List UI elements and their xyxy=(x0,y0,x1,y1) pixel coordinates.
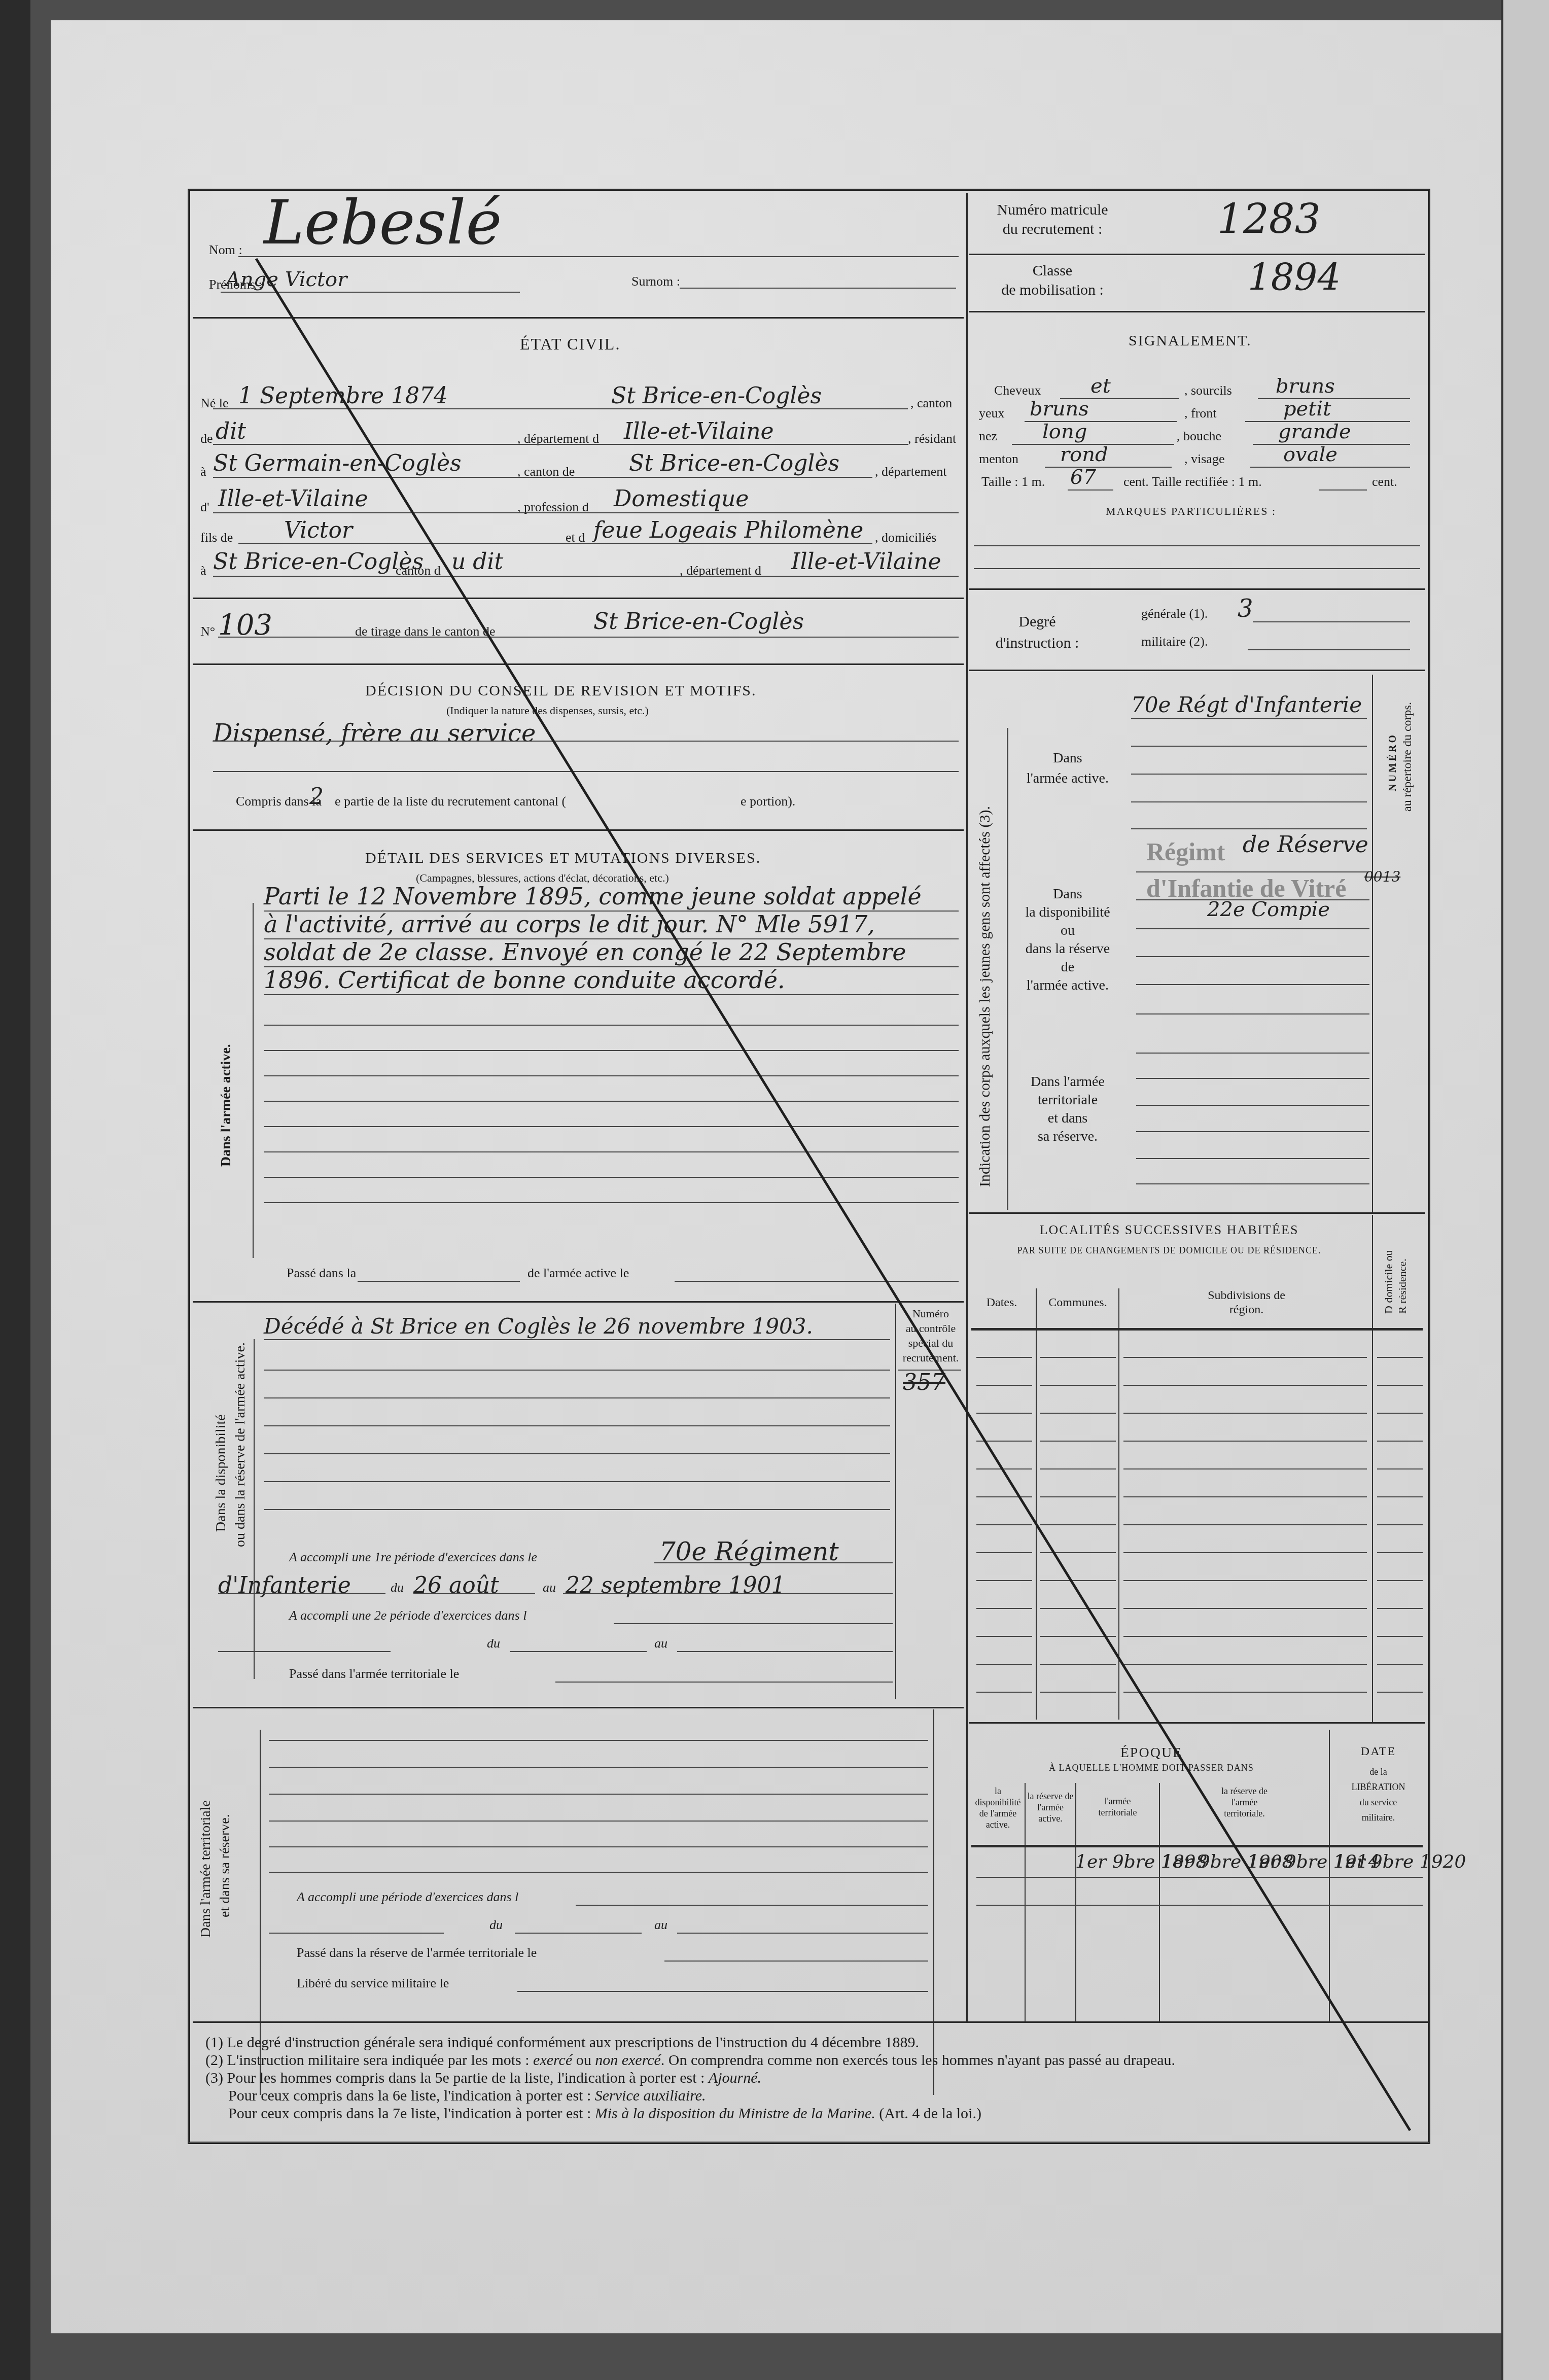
birth-date-value: 1 Septembre 1874 xyxy=(238,383,448,409)
field-line xyxy=(974,545,1420,546)
residant-a-label: à xyxy=(200,464,206,479)
localites-title: LOCALITÉS SUCCESSIVES HABITÉES xyxy=(969,1222,1369,1238)
field-line xyxy=(264,1370,890,1371)
field-line xyxy=(1068,489,1113,491)
localites-row-line xyxy=(1377,1580,1423,1581)
field-line xyxy=(1045,467,1172,468)
field-line xyxy=(1131,774,1367,775)
field-line xyxy=(1131,801,1367,802)
corps-territoriale-label-4: sa réserve. xyxy=(1012,1128,1123,1146)
field-line xyxy=(269,1767,928,1768)
divider xyxy=(193,598,964,599)
header-rule xyxy=(971,1328,1423,1331)
generale-label: générale (1). xyxy=(1141,606,1208,621)
field-line xyxy=(264,966,959,967)
corps-active-label-2: l'armée active. xyxy=(1017,768,1118,789)
localites-row-line xyxy=(1377,1552,1423,1553)
field-line xyxy=(654,1562,893,1563)
column-divider xyxy=(1036,1288,1037,1720)
domicile-a-label: à xyxy=(200,563,206,578)
localites-row-line xyxy=(976,1552,1032,1553)
cheveux-label: Cheveux xyxy=(994,383,1041,398)
deces-value: Décédé à St Brice en Coglès le 26 novemb… xyxy=(264,1314,813,1339)
prenoms-value: Ange Victor xyxy=(226,268,347,291)
field-line xyxy=(264,1050,959,1051)
note-1-mark: (1) xyxy=(205,2034,223,2051)
departement-label-2: , département xyxy=(875,464,947,479)
militaire-label: militaire (2). xyxy=(1141,634,1208,649)
localites-row-line xyxy=(976,1524,1032,1525)
localites-row-line xyxy=(1377,1413,1423,1414)
domicile-label: D domicile ou xyxy=(1382,1250,1395,1314)
corps-dispo-hand-2: 22e Compie xyxy=(1207,898,1330,921)
field-line xyxy=(1136,1013,1369,1014)
dispo-side-label-2: ou dans la réserve de l'armée active. xyxy=(232,1342,249,1547)
epoque-col-reserve-active: la réserve de l'armée active. xyxy=(1026,1791,1075,1824)
matricule-label: Numéro matricule du recrutement : xyxy=(979,200,1126,239)
bouche-label: , bouche xyxy=(1177,429,1221,444)
classe-label: Classe de mobilisation : xyxy=(979,261,1126,300)
nez-label: nez xyxy=(979,429,997,444)
localites-row-line xyxy=(1123,1692,1367,1693)
epoque-subtitle: À LAQUELLE L'HOMME DOIT PASSER DANS xyxy=(969,1763,1334,1773)
scan-margin-left xyxy=(0,0,30,2380)
canton-label: , canton xyxy=(910,396,952,411)
divider xyxy=(969,254,1425,255)
localites-row-line xyxy=(1123,1524,1367,1525)
services-side-label: Dans l'armée active. xyxy=(218,1044,234,1167)
note-2-exerce: exercé xyxy=(533,2052,572,2069)
field-line xyxy=(976,1905,1423,1906)
generale-value: 3 xyxy=(1238,594,1253,623)
note-2-rest: . On comprendra comme non exercés tous l… xyxy=(661,2052,1175,2069)
corps-active-label-1: Dans xyxy=(1017,748,1118,768)
partie-value: 2 xyxy=(309,784,324,810)
numero-controle-label-2: au contrôle xyxy=(898,1321,964,1336)
divider xyxy=(969,1722,1425,1724)
field-line xyxy=(213,741,959,742)
portion-suffix: e portion). xyxy=(741,794,795,809)
note-3-text: Pour les hommes compris dans la 5e parti… xyxy=(227,2070,708,2086)
note-2-ou: ou xyxy=(572,2052,595,2069)
localites-row-line xyxy=(1123,1580,1367,1581)
field-line xyxy=(264,938,959,939)
dispo-side-label-1: Dans la disponibilité xyxy=(213,1414,229,1532)
corps-dispo-label-5: de xyxy=(1012,958,1123,976)
localites-row-line xyxy=(1377,1496,1423,1497)
field-line xyxy=(218,1651,391,1652)
visage-value: ovale xyxy=(1283,443,1337,466)
parents-canton-value: u dit xyxy=(451,549,503,575)
liberation-value: 1er 9bre 1920 xyxy=(1334,1851,1466,1872)
nom-label: Nom : xyxy=(209,242,242,258)
periode1-corps-2-value: d'Infanterie xyxy=(218,1572,351,1598)
departement-residence-value: Ille-et-Vilaine xyxy=(218,486,368,512)
field-line xyxy=(264,1126,959,1127)
field-line xyxy=(555,1682,893,1683)
localites-row-line xyxy=(1377,1524,1423,1525)
field-line xyxy=(269,1933,444,1934)
numero-controle-label: Numéro au contrôle spécial du recrutemen… xyxy=(898,1306,964,1365)
localites-row-line xyxy=(1377,1608,1423,1609)
prenoms-line xyxy=(221,292,520,293)
numero-controle-label-4: recrutement. xyxy=(898,1350,964,1365)
field-line xyxy=(1131,718,1367,719)
localites-row-line xyxy=(1377,1468,1423,1469)
field-line xyxy=(269,1872,928,1873)
field-line xyxy=(264,1151,959,1152)
field-line xyxy=(413,1593,535,1594)
decision-subtitle: (Indiquer la nature des dispenses, sursi… xyxy=(446,704,649,717)
periode2-label: A accompli une 2e période d'exercices da… xyxy=(289,1608,526,1623)
corps-territoriale-label: Dans l'armée territoriale et dans sa rés… xyxy=(1012,1073,1123,1146)
bracket-line xyxy=(1007,728,1008,1210)
field-line xyxy=(264,1025,959,1026)
localites-row-line xyxy=(1040,1692,1116,1693)
etat-civil-title: ÉTAT CIVIL. xyxy=(520,335,620,354)
taille-suffix: cent. Taille rectifiée : 1 m. xyxy=(1123,474,1262,489)
numero-repertoire-label-2: au répertoire du corps. xyxy=(1401,702,1415,812)
liberation-label: de la LIBÉRATION du service militaire. xyxy=(1331,1764,1425,1825)
services-line-1: Parti le 12 Novembre 1895, comme jeune s… xyxy=(264,883,922,910)
localites-row-line xyxy=(1377,1692,1423,1693)
field-line xyxy=(677,1651,893,1652)
localites-row-line xyxy=(1040,1580,1116,1581)
liberation-label-4: militaire. xyxy=(1331,1810,1425,1825)
corps-active-value: 70e Régt d'Infanterie xyxy=(1131,692,1362,717)
localites-row-line xyxy=(1123,1385,1367,1386)
epoque-col-disponibilite: la disponibilité de l'armée active. xyxy=(971,1786,1025,1830)
header-rule xyxy=(971,1845,1423,1847)
localites-subtitle: PAR SUITE DE CHANGEMENTS DE DOMICILE OU … xyxy=(969,1245,1369,1256)
du-label: du xyxy=(391,1580,404,1595)
corps-dispo-label-6: l'armée active. xyxy=(1012,976,1123,995)
localites-row-line xyxy=(1040,1357,1116,1358)
localites-row-line xyxy=(976,1413,1032,1414)
numero-controle-value: 357 xyxy=(903,1370,945,1395)
visage-label: , visage xyxy=(1184,451,1224,467)
localites-row-line xyxy=(1123,1441,1367,1442)
corps-territoriale-label-1: Dans l'armée xyxy=(1012,1073,1123,1091)
services-line-4: 1896. Certificat de bonne conduite accor… xyxy=(264,966,785,994)
note-5-marine: Mis à la disposition du Ministre de la M… xyxy=(595,2105,875,2122)
classe-value: 1894 xyxy=(1248,256,1341,299)
field-line xyxy=(213,512,959,513)
compris-label: Compris dans la xyxy=(236,794,322,809)
numero-controle-label-3: spécial du xyxy=(898,1336,964,1350)
corps-side-label: Indication des corps auxquels les jeunes… xyxy=(976,806,994,1187)
au-label: au xyxy=(543,1580,556,1595)
localites-row-line xyxy=(1123,1468,1367,1469)
field-line xyxy=(264,1397,890,1398)
note-4-service-auxiliaire: Service auxiliaire. xyxy=(595,2087,706,2104)
field-line xyxy=(1136,871,1369,872)
field-line xyxy=(1136,1105,1369,1106)
localites-row-line xyxy=(1377,1664,1423,1665)
services-title: DÉTAIL DES SERVICES ET MUTATIONS DIVERSE… xyxy=(365,850,761,867)
note-4-text: Pour ceux compris dans la 6e liste, l'in… xyxy=(228,2087,595,2104)
localites-row-line xyxy=(1040,1413,1116,1414)
corps-active-label: Dans l'armée active. xyxy=(1017,748,1118,789)
cent-label: cent. xyxy=(1372,474,1397,489)
nom-value: Lebeslé xyxy=(264,188,502,258)
localites-row-line xyxy=(1123,1496,1367,1497)
matricule-label-1: Numéro matricule xyxy=(979,200,1126,220)
localites-row-line xyxy=(1040,1636,1116,1637)
localites-row-line xyxy=(976,1441,1032,1442)
column-divider xyxy=(1075,1783,1076,2021)
localites-row-line xyxy=(976,1664,1032,1665)
note-1: (1) Le degré d'instruction générale sera… xyxy=(205,2034,919,2051)
note-1-text: Le degré d'instruction générale sera ind… xyxy=(227,2034,919,2051)
periode1-du-value: 26 août xyxy=(413,1572,499,1598)
localites-row-line xyxy=(1040,1496,1116,1497)
bracket-line xyxy=(254,1339,255,1679)
territoriale-periode-label: A accompli une période d'exercices dans … xyxy=(297,1889,518,1905)
matricule-label-2: du recrutement : xyxy=(979,220,1126,239)
field-line xyxy=(664,1961,928,1962)
fils-de-label: fils de xyxy=(200,530,233,545)
field-line xyxy=(269,1846,928,1847)
field-line xyxy=(1136,1183,1369,1184)
note-2-mark: (2) xyxy=(205,2052,223,2069)
nom-line xyxy=(238,256,959,257)
field-line xyxy=(213,576,959,577)
corps-territoriale-label-2: territoriale xyxy=(1012,1091,1123,1109)
field-line xyxy=(1248,649,1410,650)
field-line xyxy=(563,1593,893,1594)
father-value: Victor xyxy=(284,517,353,543)
residant-label: , résidant xyxy=(908,431,956,446)
taille-label: Taille : 1 m. xyxy=(981,474,1045,489)
localites-col-dates: Dates. xyxy=(969,1296,1035,1310)
field-line xyxy=(213,477,872,478)
d-label: d' xyxy=(200,500,209,515)
corps-territoriale-label-3: et dans xyxy=(1012,1109,1123,1128)
periode1-au-value: 22 septembre 1901 xyxy=(566,1572,785,1598)
field-line xyxy=(264,1177,959,1178)
territoriale-side-label-1: Dans l'armée territoriale xyxy=(198,1800,214,1938)
field-line xyxy=(517,1991,928,1992)
localites-row-line xyxy=(1123,1552,1367,1553)
epoque-title: ÉPOQUE xyxy=(969,1745,1334,1761)
localites-row-line xyxy=(976,1385,1032,1386)
field-line xyxy=(675,1281,959,1282)
field-line xyxy=(264,1425,890,1426)
field-line xyxy=(218,637,959,638)
periode1-label: A accompli une 1re période d'exercices d… xyxy=(289,1550,537,1565)
epoque-col-reserve-territoriale: la réserve de l'armée territoriale. xyxy=(1160,1786,1329,1819)
field-line xyxy=(1250,467,1410,468)
liberation-label-1: de la xyxy=(1331,1764,1425,1779)
departement-value: Ille-et-Vilaine xyxy=(624,418,774,444)
localites-row-line xyxy=(1377,1636,1423,1637)
nez-value: long xyxy=(1042,420,1087,443)
field-line xyxy=(1136,1131,1369,1132)
tirage-canton-value: St Brice-en-Coglès xyxy=(593,609,804,635)
bracket-line xyxy=(253,903,254,1258)
next-page-edge xyxy=(1501,0,1549,2380)
passe-suffix: de l'armée active le xyxy=(527,1266,629,1281)
matricule-value: 1283 xyxy=(1217,195,1321,242)
corps-dispo-hand-1: de Réserve xyxy=(1243,832,1368,858)
field-line xyxy=(1136,1158,1369,1159)
territoriale-au-label: au xyxy=(654,1917,667,1933)
field-line xyxy=(269,1794,928,1795)
field-line xyxy=(238,543,872,544)
passe-label: Passé dans la xyxy=(287,1266,356,1281)
localites-row-line xyxy=(1040,1664,1116,1665)
localites-row-line xyxy=(1123,1357,1367,1358)
yeux-value: bruns xyxy=(1030,397,1089,421)
field-line xyxy=(1258,398,1410,399)
instruction-label-1: Degré xyxy=(981,611,1093,633)
field-line xyxy=(213,444,908,445)
corps-dispo-label-2: la disponibilité xyxy=(1012,903,1123,922)
field-line xyxy=(1136,956,1369,957)
menton-label: menton xyxy=(979,451,1018,467)
field-line xyxy=(213,408,908,409)
residence-label: R résidence. xyxy=(1396,1258,1409,1314)
localites-row-line xyxy=(1040,1524,1116,1525)
localites-row-line xyxy=(1123,1608,1367,1609)
divider xyxy=(193,2021,1430,2023)
column-divider xyxy=(966,1212,968,2021)
sourcils-label: , sourcils xyxy=(1184,383,1232,398)
yeux-label: yeux xyxy=(979,406,1005,421)
field-line xyxy=(264,1101,959,1102)
surnom-line xyxy=(680,288,956,289)
signalement-title: SIGNALEMENT. xyxy=(1129,332,1252,349)
field-line xyxy=(264,1481,890,1482)
canton-residence-value: St Brice-en-Coglès xyxy=(629,450,839,476)
field-line xyxy=(269,1821,928,1822)
field-line xyxy=(358,1281,520,1282)
field-line xyxy=(1319,489,1367,491)
note-4: Pour ceux compris dans la 6e liste, l'in… xyxy=(228,2087,706,2105)
localites-row-line xyxy=(1040,1608,1116,1609)
passe-territoriale-label: Passé dans l'armée territoriale le xyxy=(289,1666,459,1682)
front-value: petit xyxy=(1283,397,1331,421)
canton-value: dit xyxy=(216,418,246,444)
localites-row-line xyxy=(976,1496,1032,1497)
mother-value: feue Logeais Philomène xyxy=(593,517,863,543)
compris-suffix: e partie de la liste du recrutement cant… xyxy=(335,794,566,809)
localites-row-line xyxy=(976,1580,1032,1581)
field-line xyxy=(1136,1053,1369,1054)
services-line-2: à l'activité, arrivé au corps le dit jou… xyxy=(264,911,875,938)
corps-dispo-label-1: Dans xyxy=(1012,885,1123,903)
divider xyxy=(969,311,1425,312)
numero-repertoire-label-1: NUMÉRO xyxy=(1387,733,1399,791)
numero-controle-label-1: Numéro xyxy=(898,1306,964,1321)
field-line xyxy=(677,1933,928,1934)
field-line xyxy=(1136,928,1369,929)
menton-value: rond xyxy=(1060,443,1108,466)
field-line xyxy=(264,1202,959,1203)
localites-row-line xyxy=(976,1468,1032,1469)
divider xyxy=(969,1212,1425,1214)
note-3: (3) Pour les hommes compris dans la 5e p… xyxy=(205,2070,761,2087)
note-5-article: (Art. 4 de la loi.) xyxy=(875,2105,981,2122)
localites-row-line xyxy=(1040,1441,1116,1442)
note-5-text: Pour ceux compris dans la 7e liste, l'in… xyxy=(228,2105,595,2122)
note-2-non-exerce: non exercé xyxy=(595,2052,661,2069)
localites-row-line xyxy=(1040,1468,1116,1469)
territoriale-du-label: du xyxy=(489,1917,503,1933)
note-3-ajourne: Ajourné. xyxy=(709,2070,761,2086)
decision-title: DÉCISION DU CONSEIL DE REVISION ET MOTIF… xyxy=(365,682,757,699)
decision-motif-value: Dispensé, frère au service xyxy=(213,719,536,748)
epoque-col-territoriale: l'armée territoriale xyxy=(1076,1796,1159,1818)
note-2-text: L'instruction militaire sera indiquée pa… xyxy=(227,2052,533,2069)
localites-row-line xyxy=(1377,1385,1423,1386)
bouche-value: grande xyxy=(1278,420,1351,443)
field-line xyxy=(576,1905,928,1906)
field-line xyxy=(264,1509,890,1510)
field-line xyxy=(614,1623,893,1624)
localites-row-line xyxy=(976,1357,1032,1358)
du-label-2: du xyxy=(487,1636,500,1651)
note-5: Pour ceux compris dans la 7e liste, l'in… xyxy=(228,2105,981,2122)
field-line xyxy=(1253,621,1410,622)
libere-label: Libéré du service militaire le xyxy=(297,1976,449,1991)
instruction-label: Degré d'instruction : xyxy=(981,611,1093,654)
note-2: (2) L'instruction militaire sera indiqué… xyxy=(205,2052,1175,2069)
field-line xyxy=(264,1339,890,1340)
au-label-2: au xyxy=(654,1636,667,1651)
taille-value: 67 xyxy=(1070,466,1096,489)
localites-row-line xyxy=(1123,1413,1367,1414)
field-line xyxy=(1136,984,1369,985)
numero-column-divider xyxy=(1372,675,1373,1212)
field-line xyxy=(218,1593,385,1594)
profession-value: Domestique xyxy=(614,486,749,512)
column-divider xyxy=(966,193,968,1212)
corps-dispo-label: Dans la disponibilité ou dans la réserve… xyxy=(1012,885,1123,995)
divider xyxy=(193,1301,964,1303)
liberation-title: DATE xyxy=(1331,1745,1425,1759)
column-divider xyxy=(933,1709,934,2095)
field-line xyxy=(515,1933,642,1934)
localites-row-line xyxy=(1377,1441,1423,1442)
field-line xyxy=(269,1740,928,1741)
corps-dispo-label-4: dans la réserve xyxy=(1012,940,1123,958)
localites-row-line xyxy=(1123,1664,1367,1665)
field-line xyxy=(974,568,1420,569)
field-line xyxy=(976,1877,1423,1878)
column-divider xyxy=(1329,1730,1330,2021)
localites-row-line xyxy=(1377,1357,1423,1358)
classe-label-2: de mobilisation : xyxy=(979,281,1126,300)
field-line xyxy=(213,771,959,772)
cheveux-value: et xyxy=(1090,374,1111,398)
marques-title: MARQUES PARTICULIÈRES : xyxy=(1106,505,1276,518)
residence-value: St Germain-en-Coglès xyxy=(213,450,462,476)
localites-row-line xyxy=(1040,1385,1116,1386)
instruction-label-2: d'instruction : xyxy=(981,633,1093,654)
localites-row-line xyxy=(976,1692,1032,1693)
divider xyxy=(969,588,1425,590)
divider xyxy=(193,829,964,831)
field-line xyxy=(264,911,959,912)
field-line xyxy=(1136,1078,1369,1079)
corps-dispo-stamp-1: Régimt xyxy=(1146,837,1225,866)
corps-dispo-numero: 0013 xyxy=(1364,868,1400,885)
field-line xyxy=(1131,828,1367,829)
column-divider xyxy=(1118,1288,1119,1720)
localites-row-line xyxy=(1040,1552,1116,1553)
